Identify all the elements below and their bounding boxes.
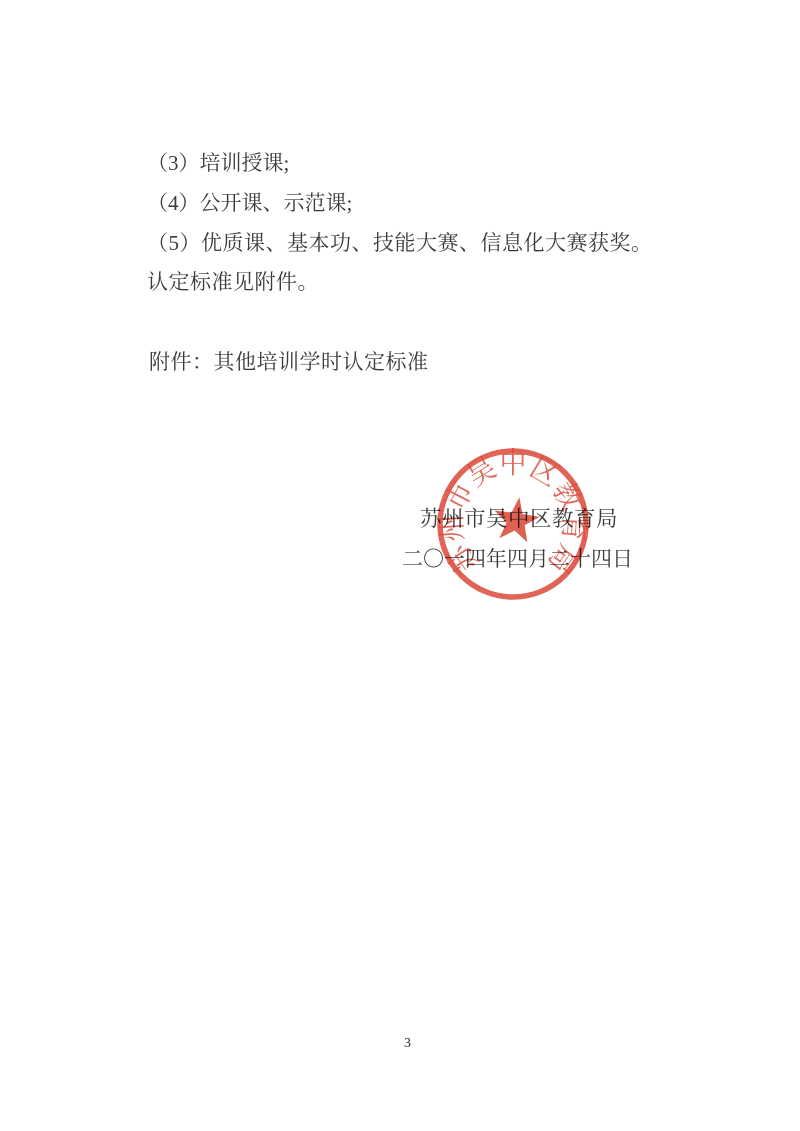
attachment-line: 附件：其他培训学时认定标准 xyxy=(149,351,429,373)
signature-organization: 苏州市吴中区教育局 xyxy=(420,508,618,530)
page-number: 3 xyxy=(404,1036,411,1052)
body-line-item-3: （3）培训授课; xyxy=(147,152,289,174)
body-line-continuation: 认定标准见附件。 xyxy=(147,271,319,293)
seal-arc-char: 吴 xyxy=(462,452,502,494)
signature-date: 二〇一四年四月二十四日 xyxy=(402,548,633,570)
body-line-item-5: （5）优质课、基本功、技能大赛、信息化大赛获奖。 xyxy=(147,232,653,254)
body-line-item-4: （4）公开课、示范课; xyxy=(147,192,352,214)
document-page: （3）培训授课; （4）公开课、示范课; （5）优质课、基本功、技能大赛、信息化… xyxy=(0,0,800,1131)
seal-arc-char: 中 xyxy=(500,447,527,480)
seal-arc-char: 区 xyxy=(524,452,564,494)
